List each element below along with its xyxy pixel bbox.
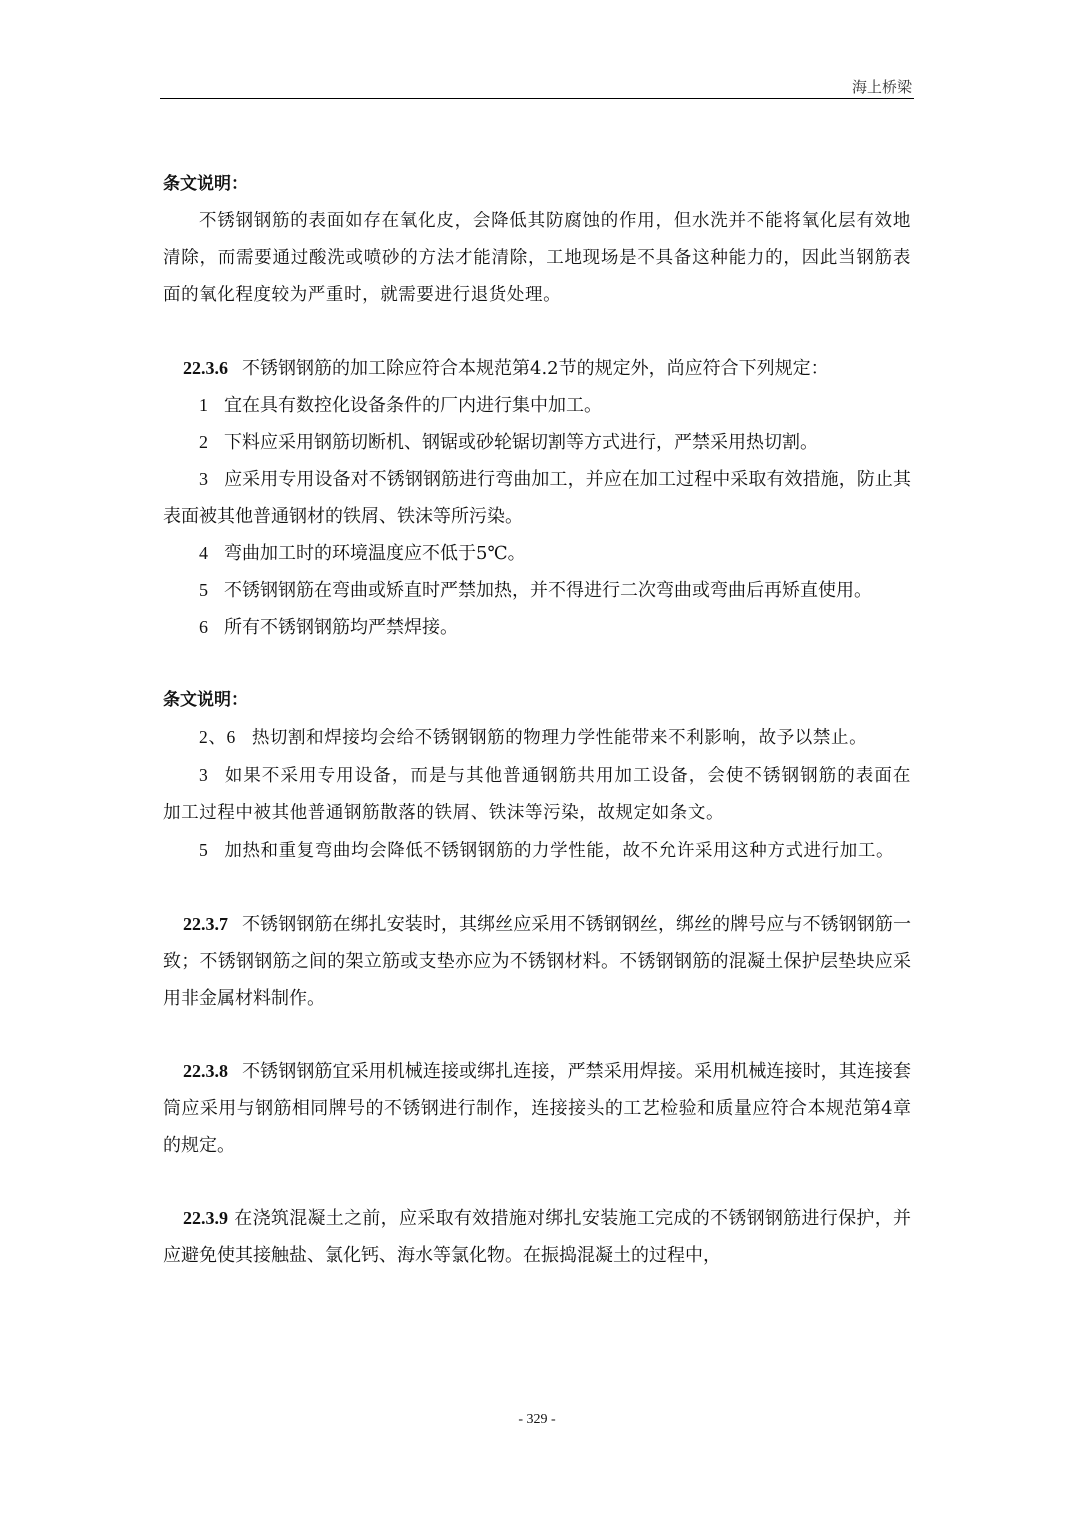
clause-22-3-9: 22.3.9在浇筑混凝土之前，应采取有效措施对绑扎安装施工完成的不锈钢钢筋进行保… — [163, 1200, 911, 1274]
clause-heading: 22.3.6不锈钢钢筋的加工除应符合本规范第4.2节的规定外，尚应符合下列规定： — [163, 350, 911, 387]
item-text: 不锈钢钢筋在弯曲或矫直时严禁加热，并不得进行二次弯曲或弯曲后再矫直使用。 — [224, 580, 872, 601]
item-text: 应采用专用设备对不锈钢钢筋进行弯曲加工，并应在加工过程中采取有效措施，防止其表面… — [163, 469, 911, 527]
header-title: 海上桥梁 — [852, 76, 912, 97]
clause-number: 22.3.8 — [183, 1061, 228, 1081]
clause-22-3-6: 22.3.6不锈钢钢筋的加工除应符合本规范第4.2节的规定外，尚应符合下列规定：… — [163, 350, 911, 646]
explanatory-note-2: 条文说明： 2、6热切割和焊接均会给不锈钢钢筋的物理力学性能带来不利影响，故予以… — [163, 682, 911, 870]
note-title: 条文说明： — [163, 682, 911, 719]
spacer — [163, 314, 911, 350]
clause-item: 2下料应采用钢筋切断机、钢锯或砂轮锯切割等方式进行，严禁采用热切割。 — [163, 424, 911, 461]
note-item: 5加热和重复弯曲均会降低不锈钢钢筋的力学性能，故不允许采用这种方式进行加工。 — [163, 832, 911, 870]
clause-paragraph: 22.3.7不锈钢钢筋在绑扎安装时，其绑丝应采用不锈钢钢丝，绑丝的牌号应与不锈钢… — [163, 906, 911, 1017]
item-text: 下料应采用钢筋切断机、钢锯或砂轮锯切割等方式进行，严禁采用热切割。 — [224, 432, 818, 453]
item-number: 4 — [199, 543, 208, 563]
clause-item: 1宜在具有数控化设备条件的厂内进行集中加工。 — [163, 387, 911, 424]
running-header: 海上桥梁 — [160, 72, 914, 98]
clause-text: 在浇筑混凝土之前，应采取有效措施对绑扎安装施工完成的不锈钢钢筋进行保护，并应避免… — [163, 1208, 911, 1266]
clause-text: 不锈钢钢筋宜采用机械连接或绑扎连接，严禁采用焊接。采用机械连接时，其连接套筒应采… — [163, 1061, 911, 1156]
item-number: 1 — [199, 395, 208, 415]
note-item: 2、6热切割和焊接均会给不锈钢钢筋的物理力学性能带来不利影响，故予以禁止。 — [163, 719, 911, 757]
item-text: 所有不锈钢钢筋均严禁焊接。 — [224, 617, 458, 638]
item-text: 热切割和焊接均会给不锈钢钢筋的物理力学性能带来不利影响，故予以禁止。 — [252, 728, 867, 748]
clause-text: 不锈钢钢筋的加工除应符合本规范第4.2节的规定外，尚应符合下列规定： — [242, 358, 829, 379]
clause-text: 不锈钢钢筋在绑扎安装时，其绑丝应采用不锈钢钢丝，绑丝的牌号应与不锈钢钢筋一致；不… — [163, 914, 911, 1009]
item-number: 5 — [199, 840, 208, 860]
spacer — [163, 646, 911, 682]
item-text: 弯曲加工时的环境温度应不低于5℃。 — [224, 543, 526, 564]
page-number: - 329 - — [0, 1412, 1074, 1428]
item-number: 2 — [199, 432, 208, 452]
note-item: 3如果不采用专用设备，而是与其他普通钢筋共用加工设备，会使不锈钢钢筋的表面在加工… — [163, 757, 911, 832]
explanatory-note-1: 条文说明： 不锈钢钢筋的表面如存在氧化皮，会降低其防腐蚀的作用，但水洗并不能将氧… — [163, 166, 911, 314]
spacer — [163, 870, 911, 906]
clause-22-3-7: 22.3.7不锈钢钢筋在绑扎安装时，其绑丝应采用不锈钢钢丝，绑丝的牌号应与不锈钢… — [163, 906, 911, 1017]
clause-item: 3应采用专用设备对不锈钢钢筋进行弯曲加工，并应在加工过程中采取有效措施，防止其表… — [163, 461, 911, 535]
spacer — [163, 1164, 911, 1200]
clause-22-3-8: 22.3.8不锈钢钢筋宜采用机械连接或绑扎连接，严禁采用焊接。采用机械连接时，其… — [163, 1053, 911, 1164]
spacer — [163, 1017, 911, 1053]
clause-paragraph: 22.3.9在浇筑混凝土之前，应采取有效措施对绑扎安装施工完成的不锈钢钢筋进行保… — [163, 1200, 911, 1274]
clause-number: 22.3.7 — [183, 914, 228, 934]
item-number: 3 — [199, 469, 208, 489]
clause-paragraph: 22.3.8不锈钢钢筋宜采用机械连接或绑扎连接，严禁采用焊接。采用机械连接时，其… — [163, 1053, 911, 1164]
page-content: 条文说明： 不锈钢钢筋的表面如存在氧化皮，会降低其防腐蚀的作用，但水洗并不能将氧… — [163, 166, 911, 1274]
item-number: 6 — [199, 617, 208, 637]
clause-number: 22.3.6 — [183, 358, 228, 378]
item-text: 如果不采用专用设备，而是与其他普通钢筋共用加工设备，会使不锈钢钢筋的表面在加工过… — [163, 766, 911, 823]
item-text: 加热和重复弯曲均会降低不锈钢钢筋的力学性能，故不允许采用这种方式进行加工。 — [224, 841, 894, 861]
clause-item: 5不锈钢钢筋在弯曲或矫直时严禁加热，并不得进行二次弯曲或弯曲后再矫直使用。 — [163, 572, 911, 609]
item-number: 3 — [199, 765, 208, 785]
item-number: 5 — [199, 580, 208, 600]
item-number: 2、6 — [199, 727, 236, 747]
clause-item: 6所有不锈钢钢筋均严禁焊接。 — [163, 609, 911, 646]
clause-item: 4弯曲加工时的环境温度应不低于5℃。 — [163, 535, 911, 572]
header-divider — [160, 98, 914, 99]
note-title: 条文说明： — [163, 166, 911, 203]
clause-number: 22.3.9 — [183, 1208, 228, 1228]
item-text: 宜在具有数控化设备条件的厂内进行集中加工。 — [224, 395, 602, 416]
note-paragraph: 不锈钢钢筋的表面如存在氧化皮，会降低其防腐蚀的作用，但水洗并不能将氧化层有效地清… — [163, 203, 911, 314]
